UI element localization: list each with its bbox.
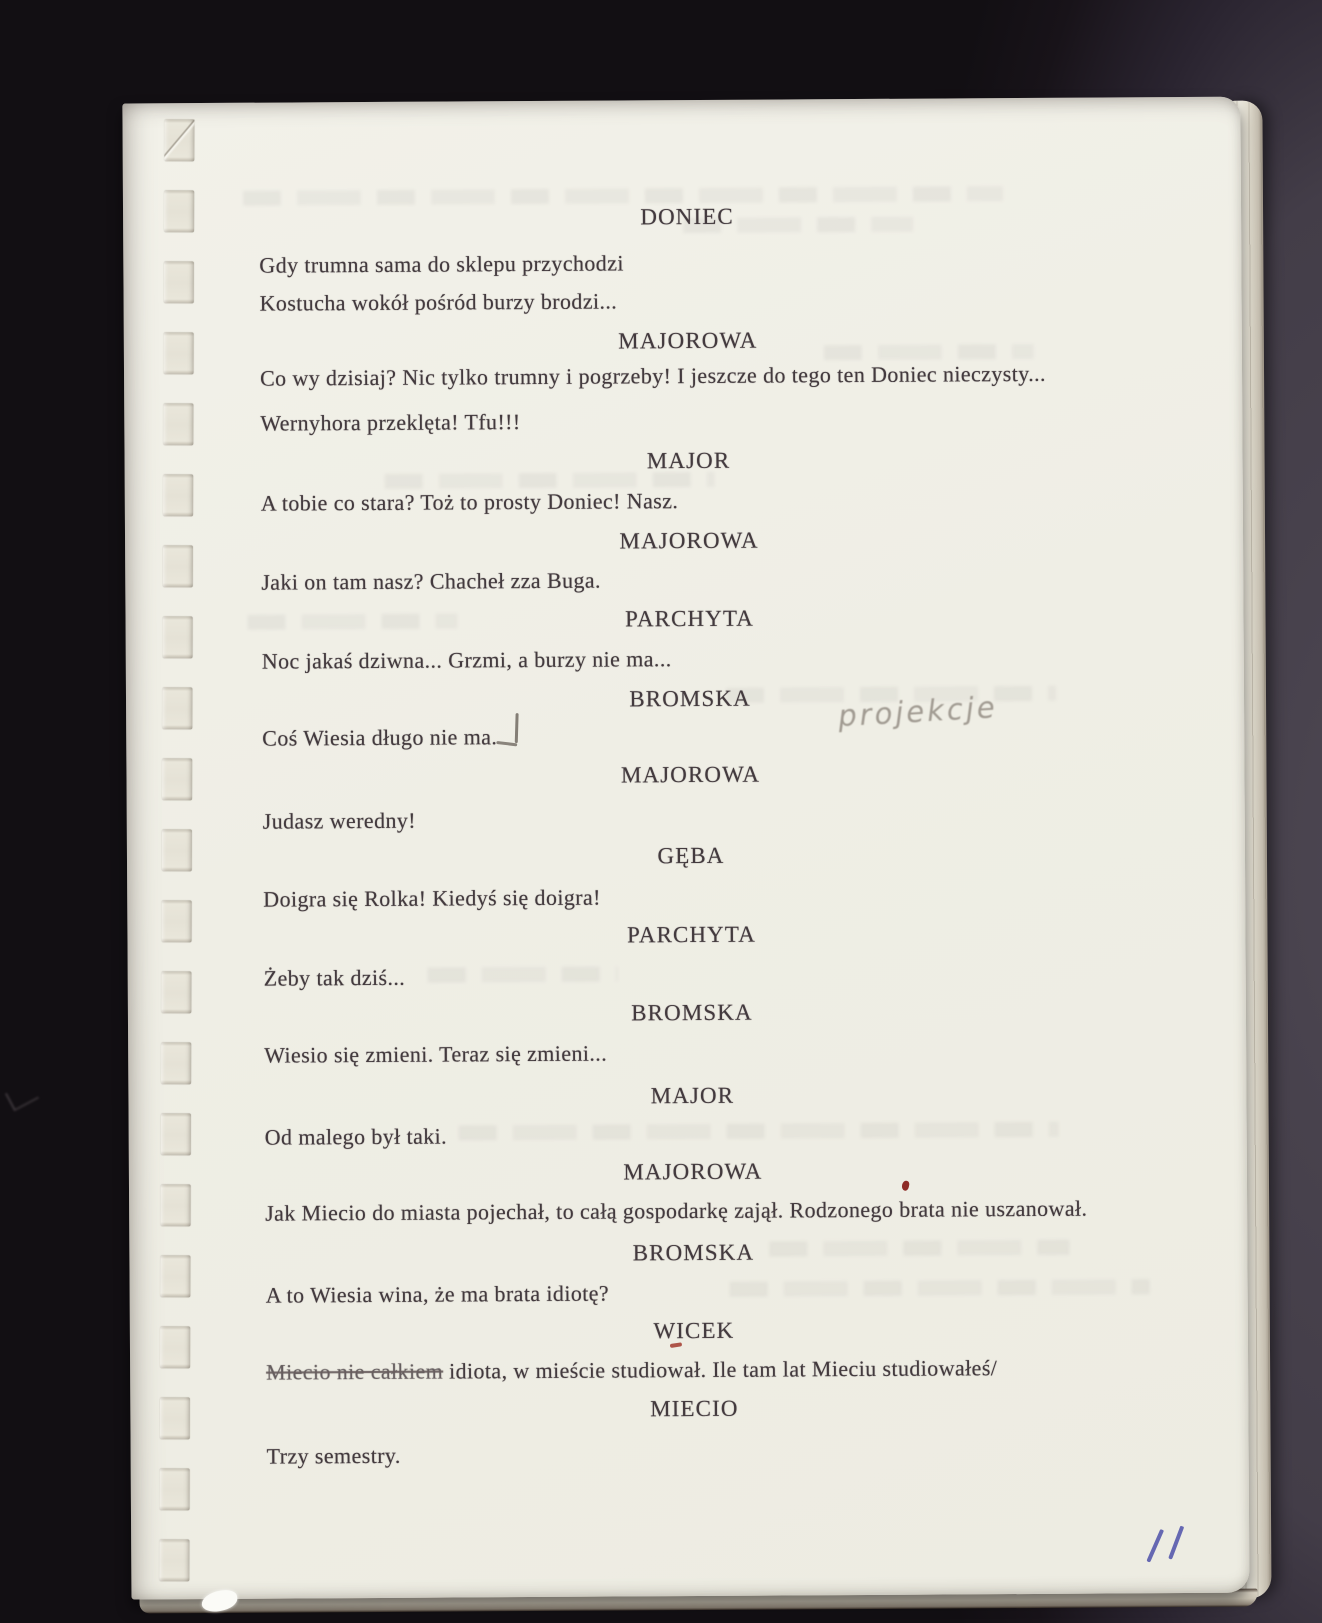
binding-hole bbox=[164, 119, 194, 161]
red-ink-dash bbox=[670, 1342, 682, 1348]
binding-hole bbox=[162, 900, 192, 942]
binding-hole bbox=[161, 1042, 191, 1084]
binding-hole bbox=[162, 829, 192, 871]
dialogue-line-with-strikethrough: Miecio nie całkiem idiota, w mieście stu… bbox=[266, 1355, 997, 1385]
dialogue-line: Kostucha wokół pośród burzy brodzi... bbox=[260, 288, 618, 316]
bleedthrough-ghost-line bbox=[730, 1279, 1150, 1297]
binding-hole bbox=[163, 403, 193, 445]
dialogue-line: Doigra się Rolka! Kiedyś się doigra! bbox=[263, 885, 601, 913]
character-name-line: DONIEC bbox=[259, 201, 1115, 232]
binding-hole bbox=[160, 1397, 190, 1439]
binding-hole bbox=[160, 1326, 190, 1368]
dialogue-line: Gdy trumna sama do sklepu przychodzi bbox=[259, 250, 624, 278]
binding-hole bbox=[161, 1184, 191, 1226]
binding-hole bbox=[163, 545, 193, 587]
scanned-script-page-photo: DONIEC Gdy trumna sama do sklepu przycho… bbox=[0, 0, 1322, 1623]
dialogue-line: A tobie co stara? Toż to prosty Doniec! … bbox=[261, 488, 679, 517]
dialogue-line: A to Wiesia wina, że ma brata idiotę? bbox=[266, 1281, 610, 1309]
character-name-line: PARCHYTA bbox=[263, 919, 1119, 950]
binding-hole bbox=[162, 758, 192, 800]
dialogue-line: Noc jakaś dziwna... Grzmi, a burzy nie m… bbox=[262, 646, 672, 675]
character-name-line: MAJOROWA bbox=[265, 1156, 1121, 1187]
character-name-line: MAJOR bbox=[260, 445, 1116, 476]
binding-hole bbox=[164, 332, 194, 374]
binding-hole bbox=[160, 1255, 190, 1297]
character-name-line: BROMSKA bbox=[264, 997, 1120, 1028]
bleedthrough-ghost-line bbox=[428, 966, 618, 982]
struck-text: Miecio nie całkiem bbox=[266, 1359, 443, 1385]
dialogue-rest: idiota, w mieście studiował. Ile tam lat… bbox=[443, 1355, 997, 1383]
character-name-line: MAJOR bbox=[264, 1080, 1120, 1111]
character-name-line: BROMSKA bbox=[265, 1237, 1121, 1268]
dialogue-line: Jak Miecio do miasta pojechał, to całą g… bbox=[265, 1196, 1087, 1227]
bleedthrough-ghost-line bbox=[459, 1122, 1059, 1141]
character-name-line: MAJOROWA bbox=[260, 325, 1116, 356]
character-name-line: PARCHYTA bbox=[261, 603, 1117, 634]
dialogue-line: Żeby tak dziś... bbox=[264, 965, 406, 992]
pen-tick-mark bbox=[515, 713, 518, 743]
character-name-line: MIECIO bbox=[266, 1393, 1122, 1424]
dialogue-line: Wernyhora przeklęta! Tfu!!! bbox=[260, 409, 520, 437]
character-name-line: MAJOROWA bbox=[261, 525, 1117, 556]
dialogue-line: Judasz weredny! bbox=[263, 808, 416, 835]
dialogue-line: Jaki on tam nasz? Chacheł zza Buga. bbox=[261, 568, 601, 596]
binding-hole bbox=[163, 474, 193, 516]
dialogue-line: Trzy semestry. bbox=[267, 1443, 401, 1470]
binding-hole bbox=[159, 1539, 189, 1581]
dialogue-line: Wiesio się zmieni. Teraz się zmieni... bbox=[264, 1041, 607, 1069]
binding-hole bbox=[164, 261, 194, 303]
binding-hole bbox=[164, 190, 194, 232]
binding-hole bbox=[161, 971, 191, 1013]
character-name-line: WICEK bbox=[266, 1315, 1122, 1346]
script-page: DONIEC Gdy trumna sama do sklepu przycho… bbox=[122, 97, 1249, 1600]
dialogue-line: Od malego był taki. bbox=[265, 1124, 447, 1151]
page-group: DONIEC Gdy trumna sama do sklepu przycho… bbox=[122, 97, 1271, 1623]
character-name-line: MAJOROWA bbox=[262, 759, 1118, 790]
dialogue-line: Co wy dzisiaj? Nic tylko trumny i pogrze… bbox=[260, 361, 1046, 392]
binding-holes-column bbox=[159, 119, 204, 1589]
binding-hole bbox=[160, 1468, 190, 1510]
binding-hole bbox=[163, 616, 193, 658]
dialogue-line: Coś Wiesia długo nie ma. bbox=[262, 724, 497, 751]
binding-hole bbox=[162, 687, 192, 729]
binding-hole bbox=[161, 1113, 191, 1155]
background-scratch-mark bbox=[5, 1081, 39, 1112]
character-name-line: GĘBA bbox=[263, 840, 1119, 871]
red-ink-speck bbox=[901, 1180, 910, 1191]
